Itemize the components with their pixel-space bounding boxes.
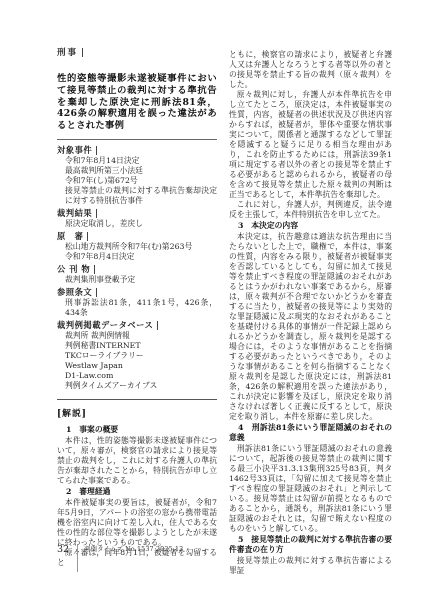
footer-divider-bar [77,544,78,572]
commentary-heading: [解説] [57,406,217,419]
commentary-paragraph: これに対し，弁護人が，判例違反，法令違反を主張して，本件特別抗告を申し立てた。 [229,200,392,220]
commentary-section-heading: 2 審理経過 [57,487,217,497]
page-number: 32 [57,544,69,555]
meta-line: TKCローライブラリー [57,351,217,361]
meta-line: 令和7年8月4日決定 [57,252,217,262]
meta-line: 裁判所 裁判例情報 [57,331,217,341]
meta-section-lower-court: 原 審 松山地方裁判所令和7年(む)第263号 令和7年8月4日決定 [57,231,217,262]
commentary-section-heading: 4 刑訴法81条にいう罪証隠滅のおそれの意義 [229,423,392,443]
meta-line: 最高裁判所第三小法廷 [57,166,217,176]
meta-label-text: 原 審 [57,231,83,242]
label-divider-bar [82,48,83,57]
horizontal-divider [57,139,217,140]
meta-line: D1-Law.com [57,371,217,381]
meta-line: 裁判集刑事登載予定 [57,275,217,285]
meta-line: 刑事訴訟法81条，411条1号，426条，434条 [57,298,217,318]
journal-issue-label: 判例タイムズ No.1537 2025.12 [84,544,183,555]
label-divider-bar [157,321,158,330]
meta-label-text: 裁判結果 [57,208,92,219]
label-divider-bar [96,288,97,297]
meta-label-text: 対象事件 [57,145,92,156]
commentary-paragraph: 原々裁判に対し，弁護人が本件準抗告を申し立てたところ，原決定は，本件被疑事実の性… [229,90,392,200]
commentary-paragraph: 刑訴法81条にいう罪証隠滅のおそれの意義について，起訴後の接見等禁止の裁判に関す… [229,444,392,534]
meta-line: 令和7年8月14日決定 [57,156,217,166]
meta-section-label: 原 審 [57,231,217,242]
commentary-paragraph: 本件被疑事実の要旨は，被疑者が，令和7年5月9日，アパートの浴室の窓から携帯電話… [57,498,217,548]
commentary-paragraph: ともに，検察官の請求により，被疑者と弁護人又は弁護人となろうとする者等以外の者と… [229,50,392,90]
meta-section-label: 裁判結果 [57,208,217,219]
category-label: 刑事 [57,46,217,58]
label-divider-bar [87,232,88,241]
meta-section-label: 参照条文 [57,287,217,298]
meta-section-label: 公 刊 物 [57,264,217,275]
meta-section-target-case: 対象事件 令和7年8月14日決定 最高裁判所第三小法廷 令和7年(し)第672号… [57,145,217,206]
meta-label-text: 裁判例掲載データベース [57,320,153,331]
label-divider-bar [96,209,97,218]
category-text: 刑事 [57,46,78,58]
meta-section-label: 対象事件 [57,145,217,156]
meta-line: Westlaw Japan [57,361,217,371]
meta-section-publication: 公 刊 物 裁判集刑事登載予定 [57,264,217,285]
left-column: 刑事 性的姿態等撮影未遂被疑事件において接見等禁止の裁判に対する準抗告を棄却した… [57,46,217,568]
commentary-paragraph: 本決定は，抗告趣意は適法な抗告理由に当たらないとした上で，職権で，本件は，事案の… [229,232,392,422]
meta-line: 接見等禁止の裁判に対する準抗告棄却決定に対する特別抗告事件 [57,186,217,206]
commentary-section-heading: 3 本決定の内容 [229,221,392,231]
journal-page: 刑事 性的姿態等撮影未遂被疑事件において接見等禁止の裁判に対する準抗告を棄却した… [0,0,441,600]
commentary-section-heading: 5 接見等禁止の裁判に対する準抗告審の要件審査の在り方 [229,535,392,555]
commentary-section-heading: 1 事案の概要 [57,425,217,435]
right-column: ともに，検察官の請求により，被疑者と弁護人又は弁護人となろうとする者等以外の者と… [229,50,392,576]
meta-section-statutes: 参照条文 刑事訴訟法81条，411条1号，426条，434条 [57,287,217,318]
metadata-block: 対象事件 令和7年8月14日決定 最高裁判所第三小法廷 令和7年(し)第672号… [57,145,217,391]
meta-line: 判例タイムズアーカイブス [57,381,217,391]
meta-section-label: 裁判例掲載データベース [57,320,217,331]
meta-label-text: 公 刊 物 [57,264,90,275]
label-divider-bar [94,265,95,274]
case-title: 性的姿態等撮影未遂被疑事件において接見等禁止の裁判に対する準抗告を棄却した原決定… [57,73,217,132]
meta-section-result: 裁判結果 原決定取消し，差戻し [57,208,217,229]
commentary-paragraph: 接見等禁止の裁判に対する準抗告審による罪証 [229,556,392,576]
meta-line: 松山地方裁判所令和7年(む)第263号 [57,242,217,252]
meta-line: 原決定取消し，差戻し [57,219,217,229]
meta-section-databases: 裁判例掲載データベース 裁判所 裁判例情報 判例秘書INTERNET TKCロー… [57,320,217,391]
commentary-paragraph: 本件は，性的姿態等撮影未遂被疑事件について，原々審が，検察官の請求により接見等禁… [57,436,217,486]
meta-label-text: 参照条文 [57,287,92,298]
meta-line: 令和7年(し)第672号 [57,176,217,186]
page-footer: 32 判例タイムズ No.1537 2025.12 [57,544,183,572]
label-divider-bar [96,146,97,155]
meta-line: 判例秘書INTERNET [57,341,217,351]
horizontal-divider [57,399,217,400]
